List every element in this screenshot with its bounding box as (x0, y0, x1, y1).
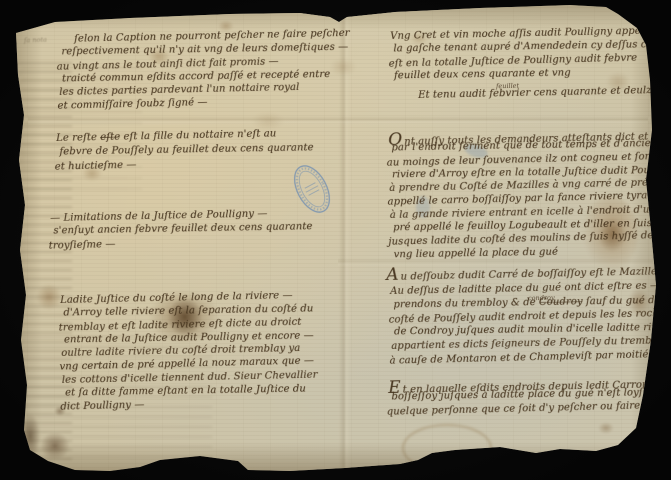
photograph-background: ſa nota ſelon la Caption ne pourront peſ… (0, 0, 671, 480)
manuscript-page: ſa nota ſelon la Caption ne pourront peſ… (0, 0, 671, 480)
edge-shadow-vignette (0, 0, 671, 480)
